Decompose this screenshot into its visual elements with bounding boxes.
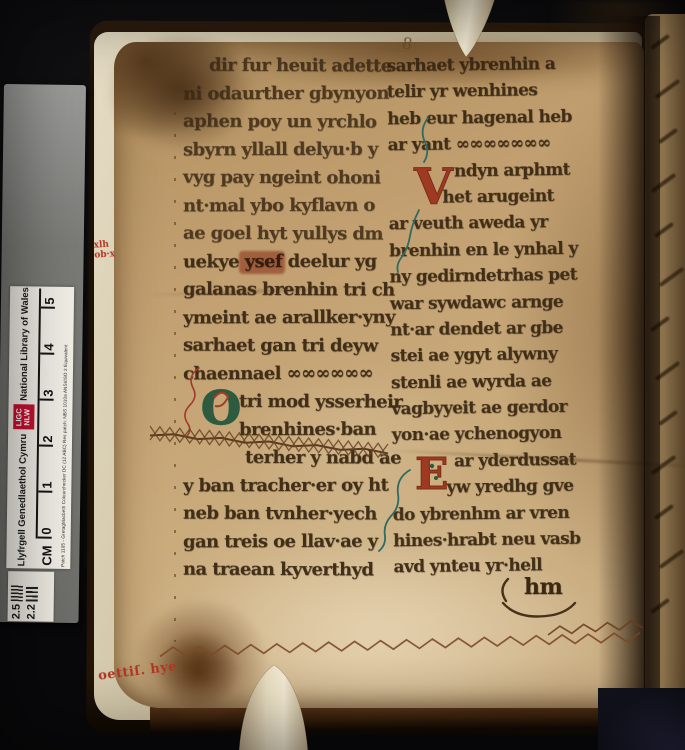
resolution-stripes xyxy=(26,585,38,601)
ruler-tick-number: 1 xyxy=(39,481,54,488)
facing-page-text-line xyxy=(658,410,678,426)
manuscript-text-line: ar veuth aweda yr xyxy=(389,209,579,238)
nlw-logo-line2: NLW xyxy=(22,409,31,426)
manuscript-text-line: ni odaurther gbynyon xyxy=(183,80,385,109)
manuscript-text-line: terher y nabd ae xyxy=(183,444,385,473)
nlw-logo: LlGC NLW xyxy=(13,405,34,430)
calibration-patch-grey xyxy=(8,156,77,219)
ruler-tick-number: 0 xyxy=(39,527,54,534)
manuscript-text-line: yon·ae ychenogyon xyxy=(391,420,581,449)
manuscript-text-line: telir yr wenhines xyxy=(387,77,577,106)
facing-page-text-line xyxy=(651,173,677,193)
manuscript-text-line: vagbyyeit ae gerdor xyxy=(391,394,581,423)
cm-ruler: CM 012345 xyxy=(36,289,62,539)
manuscript-text-line: brenhines·ban xyxy=(183,416,385,445)
facing-page-text-line xyxy=(659,549,685,569)
calibration-patch-white xyxy=(7,218,76,289)
ruler-tick-number: 4 xyxy=(41,343,56,350)
ruler-tick-number: 3 xyxy=(41,389,56,396)
manuscript-text-line: ae goel hyt yullys dm xyxy=(183,220,385,249)
manuscript-text-line: gan treis oe llav·ae y xyxy=(183,528,385,557)
manuscript-text-line: ymeint ae arallker·yny xyxy=(183,304,385,333)
manuscript-text-line: sarhaet gan tri deyw xyxy=(183,332,385,361)
cm-ruler-unit: CM xyxy=(39,545,54,565)
ruler-tick: 0 xyxy=(38,536,52,538)
resolution-stripes xyxy=(11,585,23,601)
manuscript-text-line: do ybrenhm ar vren xyxy=(393,499,583,528)
manuscript-text-line: aphen poy un yrchlo xyxy=(183,108,385,137)
ruler-tick: 2 xyxy=(39,444,53,446)
ruler-tick: 5 xyxy=(41,306,55,308)
calibration-strip: Llyfrgell Genedlaethol Cymru LlGC NLW Na… xyxy=(0,84,86,623)
facing-page-text-line xyxy=(655,79,681,99)
library-name-welsh: Llyfrgell Genedlaethol Cymru xyxy=(16,434,29,567)
manuscript-text-line: vyg pay ngeint ohoni xyxy=(183,164,385,193)
facing-page-text-line xyxy=(651,455,677,475)
facing-page-text-line xyxy=(658,128,678,144)
manuscript-text-line: dir fur heuit adette xyxy=(183,52,385,81)
facing-page xyxy=(645,14,685,714)
manuscript-text-line: heb eur hagenal heb xyxy=(387,103,577,132)
marginalia-line: ob·x xyxy=(94,249,115,260)
resolution-patch: 2.52.2 xyxy=(8,571,55,622)
manuscript-text-line: war sywdawc arnge xyxy=(390,288,580,317)
catchword: hm xyxy=(524,574,562,600)
text-column-right: sarhaet ybrenhin atelir yr wenhinesheb e… xyxy=(386,51,583,581)
calibration-patch-black xyxy=(9,90,78,157)
manuscript-text-line: stei ae ygyt alywny xyxy=(390,341,580,370)
facing-page-text-line xyxy=(650,316,670,332)
manuscript-text-line: yw yredhg gve xyxy=(392,473,582,502)
facing-page-text-line xyxy=(650,34,670,50)
library-ruler-label: Llyfrgell Genedlaethol Cymru LlGC NLW Na… xyxy=(6,286,74,569)
facing-page-text-line xyxy=(659,267,685,287)
ruler-tick: 1 xyxy=(38,490,52,492)
manuscript-text-line: sarhaet ybrenhin a xyxy=(386,51,576,80)
patch-fine-print: Patch 1105 - GretagMacbeth Colourchecker… xyxy=(60,289,69,567)
ruler-tick-number: 2 xyxy=(40,435,55,442)
facing-page-text-line xyxy=(650,598,670,614)
manuscript-text-line: het arugeint xyxy=(388,183,578,212)
pricking-marks xyxy=(174,112,176,642)
manuscript-text-line: ndyn arphmt xyxy=(388,156,578,185)
manuscript-text-line: chaennael ∞∞∞∞∞∞ xyxy=(183,360,385,389)
resolution-value: 2.5 xyxy=(11,604,23,619)
photograph-scene: dir fur heuit adetteni odaurther gbynyon… xyxy=(0,0,685,750)
manuscript-text-line: na traean kyverthyd xyxy=(183,556,385,585)
manuscript-text-line: ny gedirndetrhas pet xyxy=(389,262,579,291)
red-marginalia-left: xlh ob·x xyxy=(93,239,115,260)
ruler-tick: 3 xyxy=(40,398,54,400)
facing-page-text-line xyxy=(654,222,674,238)
parchment-stain xyxy=(134,598,270,722)
manuscript-text-line: hines·hrabt neu vasb xyxy=(393,526,583,555)
facing-page-text-line xyxy=(654,504,674,520)
library-name-english: National Library of Wales xyxy=(18,287,31,401)
ruler-tick-number: 5 xyxy=(42,297,57,304)
text-column-left: dir fur heuit adetteni odaurther gbynyon… xyxy=(183,52,385,584)
resolution-row: 2.5 xyxy=(11,573,24,619)
manuscript-text-line: sbyrn yllall delyu·b y xyxy=(183,136,385,165)
manuscript-text-line: galanas brenhin tri ch xyxy=(183,276,385,305)
background-corner xyxy=(598,688,685,750)
manuscript-text-line: stenli ae wyrda ae xyxy=(391,367,581,396)
manuscript-text-line: nt·ar dendet ar gbe xyxy=(390,315,580,344)
library-names-row: Llyfrgell Genedlaethol Cymru LlGC NLW Na… xyxy=(7,288,39,566)
rubricated-word xyxy=(239,251,285,274)
manuscript-text-line: ar yant ∞∞∞∞∞∞∞ xyxy=(387,130,577,159)
manuscript-text-line: ar yderdussat xyxy=(392,447,582,476)
ruler-tick: 4 xyxy=(40,352,54,354)
facing-page-text-line xyxy=(655,361,681,381)
manuscript-text-line: neb ban tvnher·yech xyxy=(183,500,385,529)
manuscript-text-line: brenhin en le ynhal y xyxy=(389,235,579,264)
resolution-row: 2.2 xyxy=(26,573,39,619)
resolution-value: 2.2 xyxy=(26,604,38,619)
manuscript-text-line: tri mod ysserheir xyxy=(183,388,385,417)
manuscript-text-line: y ban tracher·er oy ht xyxy=(183,472,385,501)
manuscript-text-line: nt·mal ybo kyflavn o xyxy=(183,192,385,221)
